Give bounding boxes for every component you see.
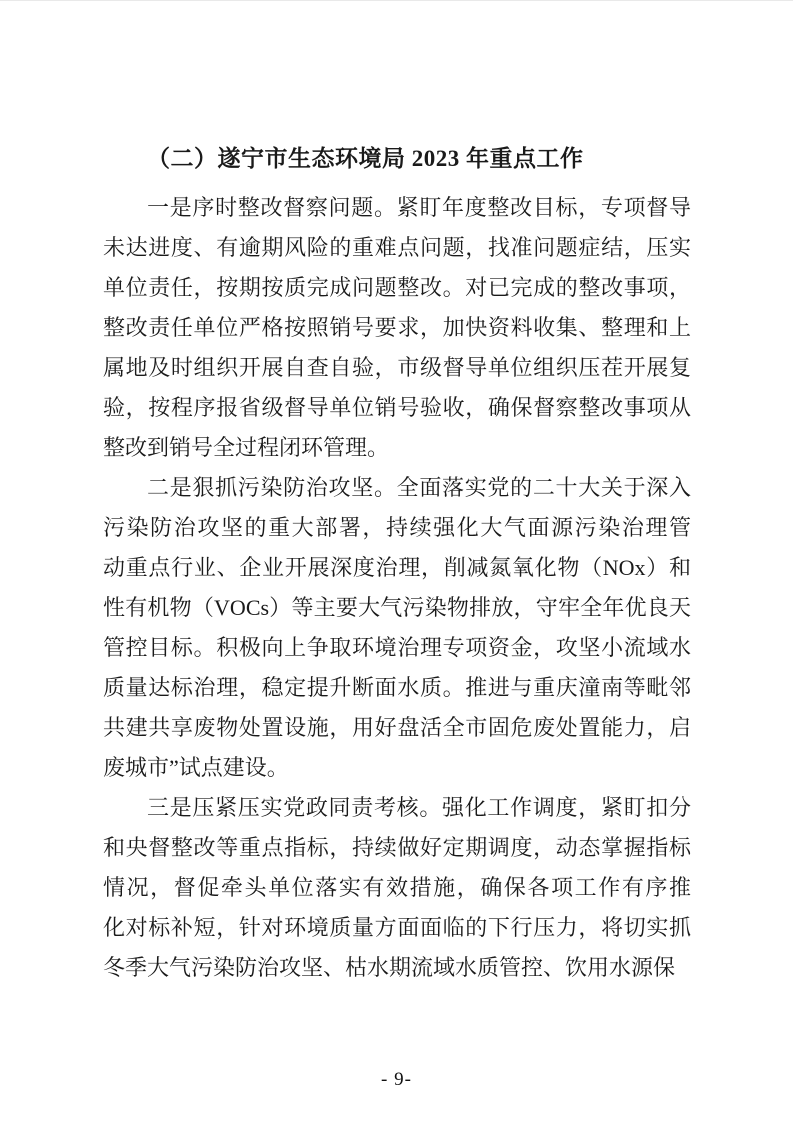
paragraph-2-line-5: 管控目标。积极向上争取环境治理专项资金，攻坚小流域水环境 <box>103 628 691 668</box>
paragraph-1-line-3: 单位责任，按期按质完成问题整改。对已完成的整改事项，推动 <box>103 268 691 308</box>
paragraph-2-line-6: 质量达标治理，稳定提升断面水质。推进与重庆潼南等毗邻地区 <box>103 668 691 708</box>
paragraph-1-line-2: 未达进度、有逾期风险的重难点问题，找准问题症结，压实整改 <box>103 228 691 268</box>
section-heading: （二）遂宁市生态环境局 2023 年重点工作 <box>103 139 691 179</box>
paragraph-3-line-3: 情况，督促牵头单位落实有效措施，确保各项工作有序推进。强 <box>103 868 691 908</box>
document-page: （二）遂宁市生态环境局 2023 年重点工作 一是序时整改督察问题。紧盯年度整改… <box>0 0 793 1123</box>
paragraph-2-line-8: 废城市”试点建设。 <box>103 748 691 788</box>
paragraph-3-line-2: 和央督整改等重点指标，持续做好定期调度，动态掌握指标推进 <box>103 828 691 868</box>
paragraph-3-line-4: 化对标补短，针对环境质量方面面临的下行压力，将切实抓好秋 <box>103 908 691 948</box>
paragraph-1-line-6: 验，按程序报省级督导单位销号验收，确保督察整改事项从移交、 <box>103 388 691 428</box>
paragraph-1-line-4: 整改责任单位严格按照销号要求，加快资料收集、整理和上报， <box>103 308 691 348</box>
paragraph-2-line-1: 二是狠抓污染防治攻坚。全面落实党的二十大关于深入推进 <box>103 468 691 508</box>
page-number: - 9- <box>0 1069 793 1091</box>
paragraph-2-line-2: 污染防治攻坚的重大部署，持续强化大气面源污染治理管控，推 <box>103 508 691 548</box>
paragraph-2-line-3: 动重点行业、企业开展深度治理，削减氮氧化物（NOx）和挥发 <box>103 548 691 588</box>
paragraph-1-line-7: 整改到销号全过程闭环管理。 <box>103 428 691 468</box>
paragraph-2-line-4: 性有机物（VOCs）等主要大气污染物排放，守牢全年优良天数 <box>103 588 691 628</box>
document-body: （二）遂宁市生态环境局 2023 年重点工作 一是序时整改督察问题。紧盯年度整改… <box>103 139 691 988</box>
paragraph-3-line-1: 三是压紧压实党政同责考核。强化工作调度，紧盯扣分隐患 <box>103 788 691 828</box>
paragraph-1-line-5: 属地及时组织开展自查自验，市级督导单位组织压茬开展复查复 <box>103 348 691 388</box>
paragraph-1-line-1: 一是序时整改督察问题。紧盯年度整改目标，专项督导整改 <box>103 188 691 228</box>
paragraph-2-line-7: 共建共享废物处置设施，用好盘活全市固危废处置能力，启动“无 <box>103 708 691 748</box>
paragraph-3-line-5: 冬季大气污染防治攻坚、枯水期流域水质管控、饮用水源保护等 <box>103 948 691 988</box>
